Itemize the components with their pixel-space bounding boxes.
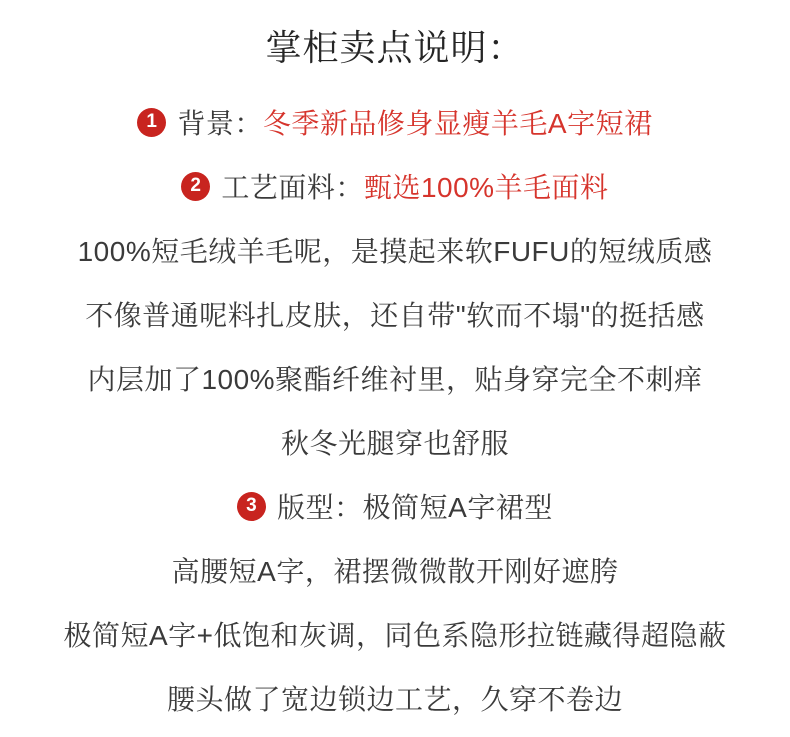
description-text: 腰头做了宽边锁边工艺，久穿不卷边: [167, 678, 623, 718]
number-badge-3: 3: [237, 492, 266, 521]
selling-point-row-fabric: 2 工艺面料： 甄选100%羊毛面料: [0, 154, 790, 218]
description-text: 高腰短A字，裙摆微微散开刚好遮胯: [172, 550, 619, 590]
point-label: 工艺面料：: [221, 166, 364, 206]
description-line: 100%短毛绒羊毛呢，是摸起来软FUFU的短绒质感: [0, 218, 790, 282]
description-line: 内层加了100%聚酯纤维衬里，贴身穿完全不刺痒: [0, 346, 790, 410]
point-highlight-text: 冬季新品修身显瘦羊毛A字短裙: [263, 102, 653, 142]
number-badge-2: 2: [181, 172, 210, 201]
description-line: 极简短A字+低饱和灰调，同色系隐形拉链藏得超隐蔽: [0, 602, 790, 666]
description-text: 极简短A字+低饱和灰调，同色系隐形拉链藏得超隐蔽: [63, 614, 726, 654]
description-line: 腰头做了宽边锁边工艺，久穿不卷边: [0, 666, 790, 730]
point-label: 背景：: [177, 102, 263, 142]
description-text: 不像普通呢料扎皮肤，还自带"软而不塌"的挺括感: [85, 294, 704, 334]
description-line: 不像普通呢料扎皮肤，还自带"软而不塌"的挺括感: [0, 282, 790, 346]
product-selling-points-panel: 掌柜卖点说明： 1 背景： 冬季新品修身显瘦羊毛A字短裙 2 工艺面料： 甄选1…: [0, 0, 790, 737]
page-title: 掌柜卖点说明：: [0, 26, 790, 70]
selling-point-row-background: 1 背景： 冬季新品修身显瘦羊毛A字短裙: [0, 90, 790, 154]
description-line: 高腰短A字，裙摆微微散开刚好遮胯: [0, 538, 790, 602]
description-text: 内层加了100%聚酯纤维衬里，贴身穿完全不刺痒: [87, 358, 702, 398]
description-text: 100%短毛绒羊毛呢，是摸起来软FUFU的短绒质感: [78, 230, 713, 270]
description-line: 秋冬光腿穿也舒服: [0, 410, 790, 474]
point-label: 版型：极简短A字裙型: [277, 486, 553, 526]
description-text: 秋冬光腿穿也舒服: [281, 422, 509, 462]
number-badge-1: 1: [137, 108, 166, 137]
point-highlight-text: 甄选100%羊毛面料: [364, 166, 609, 206]
selling-points-list: 1 背景： 冬季新品修身显瘦羊毛A字短裙 2 工艺面料： 甄选100%羊毛面料 …: [0, 90, 790, 730]
selling-point-row-silhouette: 3 版型：极简短A字裙型: [0, 474, 790, 538]
